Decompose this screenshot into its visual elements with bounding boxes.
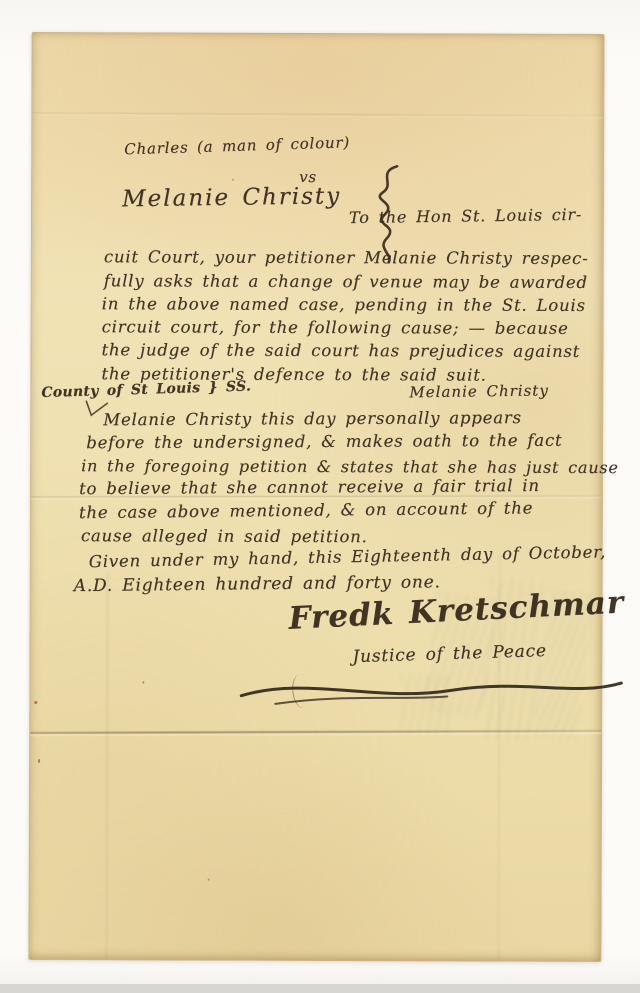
signature-title: Justice of the Peace	[352, 641, 547, 667]
petition-line: circuit court, for the following cause; …	[102, 317, 569, 338]
vertical-crease	[105, 573, 108, 959]
case-defendant: Melanie Christy	[122, 183, 341, 212]
attestation-line: Given under my hand, this Eighteenth day…	[89, 542, 607, 571]
jurat-line: Melanie Christy this day personally appe…	[103, 408, 522, 429]
attestation-line: A.D. Eighteen hundred and forty one.	[74, 572, 441, 596]
jurat-line: in the foregoing petition & states that …	[81, 456, 619, 477]
venue-line: County of St Louis } SS.	[41, 378, 251, 401]
petition-line: in the above named case, pending in the …	[102, 294, 586, 315]
foxing-speck	[232, 179, 234, 181]
fold-crease-top	[32, 113, 603, 120]
manuscript-page: Charles (a man of colour) vs Melanie Chr…	[28, 32, 604, 962]
petition-line: the judge of the said court has prejudic…	[101, 340, 580, 361]
deponent-signature: Melanie Christy	[409, 381, 549, 401]
jurat-line: cause alleged in said petition.	[81, 526, 368, 546]
petition-line: fully asks that a change of venue may be…	[104, 271, 588, 292]
foxing-speck	[38, 759, 40, 763]
foxing-speck	[208, 879, 210, 881]
scanned-document-background: Charles (a man of colour) vs Melanie Chr…	[0, 0, 640, 993]
signature-flourish	[235, 666, 627, 711]
foxing-speck	[34, 701, 37, 704]
fold-crease-lower	[30, 730, 601, 737]
jurat-line: the case above mentioned, & on account o…	[79, 498, 533, 522]
case-plaintiff: Charles (a man of colour)	[124, 133, 350, 158]
petition-salutation: To the Hon St. Louis cir-	[349, 205, 582, 227]
jurat-line: before the undersigned, & makes oath to …	[86, 431, 562, 452]
foxing-speck	[142, 681, 144, 683]
scanner-edge-strip	[0, 984, 640, 993]
petition-line: cuit Court, your petitioner Melanie Chri…	[104, 247, 589, 268]
jurat-line: to believe that she cannot receive a fai…	[79, 476, 540, 498]
